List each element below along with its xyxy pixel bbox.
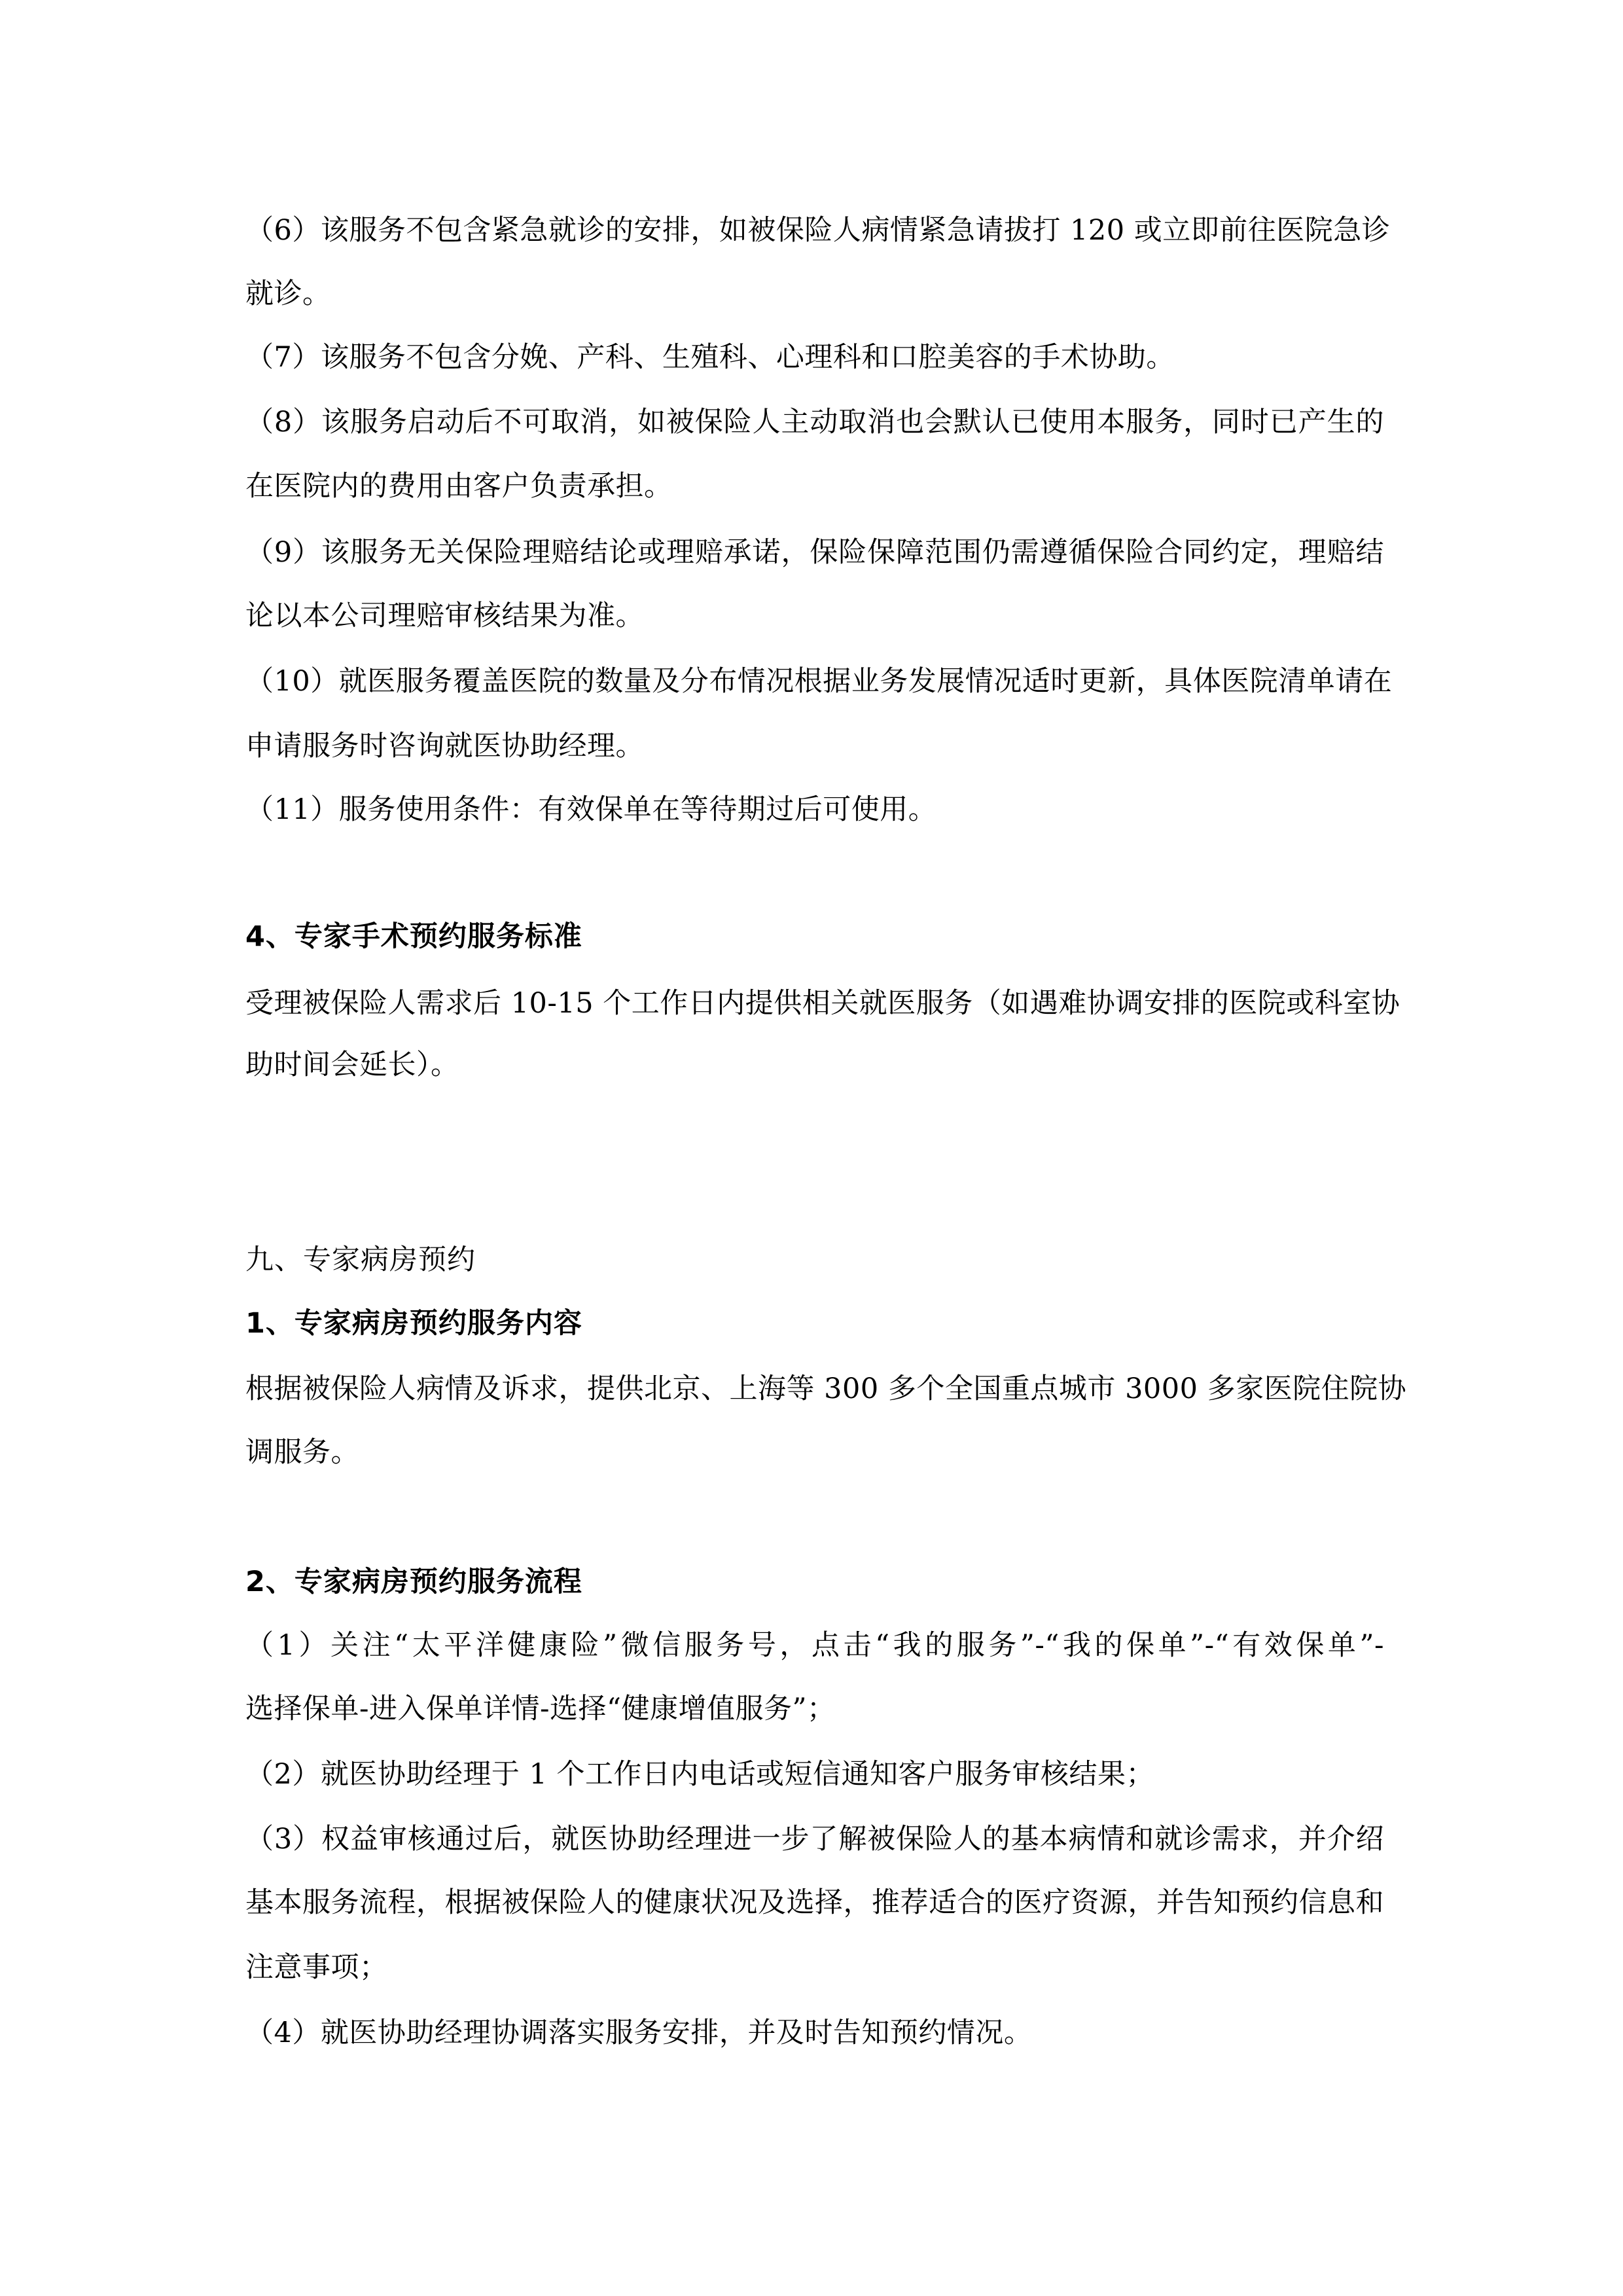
note-6-line-1: （6）该服务不包含紧急就诊的安排，如被保险人病情紧急请拔打 120 或立即前往医… <box>245 211 1384 250</box>
note-6-line-2: 就诊。 <box>245 274 1384 314</box>
ward-process-heading: 2、专家病房预约服务流程 <box>245 1562 1384 1602</box>
ward-step-1-line-1: （1）关注“太平洋健康险”微信服务号，点击“我的服务”-“我的保单”-“有效保单… <box>245 1626 1384 1665</box>
note-10-line-2: 申请服务时咨询就医协助经理。 <box>245 726 1384 766</box>
ward-step-2-line-1: （2）就医协助经理于 1 个工作日内电话或短信通知客户服务审核结果； <box>245 1755 1384 1794</box>
surgery-standard-line-2: 助时间会延长）。 <box>245 1045 1384 1085</box>
note-8-line-1: （8）该服务启动后不可取消，如被保险人主动取消也会默认已使用本服务，同时已产生的 <box>245 403 1384 442</box>
note-7-line-1: （7）该服务不包含分娩、产科、生殖科、心理科和口腔美容的手术协助。 <box>245 338 1384 377</box>
note-9-line-1: （9）该服务无关保险理赔结论或理赔承诺，保险保障范围仍需遵循保险合同约定，理赔结 <box>245 533 1384 572</box>
ward-step-1-line-2: 选择保单-进入保单详情-选择“健康增值服务”； <box>245 1689 1384 1729</box>
ward-step-4-line-1: （4）就医协助经理协调落实服务安排，并及时告知预约情况。 <box>245 2013 1384 2053</box>
surgery-standard-line-1: 受理被保险人需求后 10-15 个工作日内提供相关就医服务（如遇难协调安排的医院… <box>245 984 1384 1023</box>
note-8-line-2: 在医院内的费用由客户负责承担。 <box>245 467 1384 506</box>
surgery-standard-heading: 4、专家手术预约服务标准 <box>245 917 1384 956</box>
ward-content-line-1: 根据被保险人病情及诉求，提供北京、上海等 300 多个全国重点城市 3000 多… <box>245 1369 1384 1408</box>
ward-content-line-2: 调服务。 <box>245 1433 1384 1472</box>
ward-content-heading: 1、专家病房预约服务内容 <box>245 1304 1384 1343</box>
ward-step-3-line-3: 注意事项； <box>245 1948 1384 1987</box>
ward-step-3-line-2: 基本服务流程，根据被保险人的健康状况及选择，推荐适合的医疗资源，并告知预约信息和 <box>245 1883 1384 1922</box>
note-9-line-2: 论以本公司理赔审核结果为准。 <box>245 596 1384 636</box>
ward-step-3-line-1: （3）权益审核通过后，就医协助经理进一步了解被保险人的基本病情和就诊需求，并介绍 <box>245 1820 1384 1859</box>
section-9-title: 九、专家病房预约 <box>245 1240 1384 1280</box>
note-11-line-1: （11）服务使用条件：有效保单在等待期过后可使用。 <box>245 790 1384 829</box>
note-10-line-1: （10）就医服务覆盖医院的数量及分布情况根据业务发展情况适时更新，具体医院清单请… <box>245 662 1384 701</box>
